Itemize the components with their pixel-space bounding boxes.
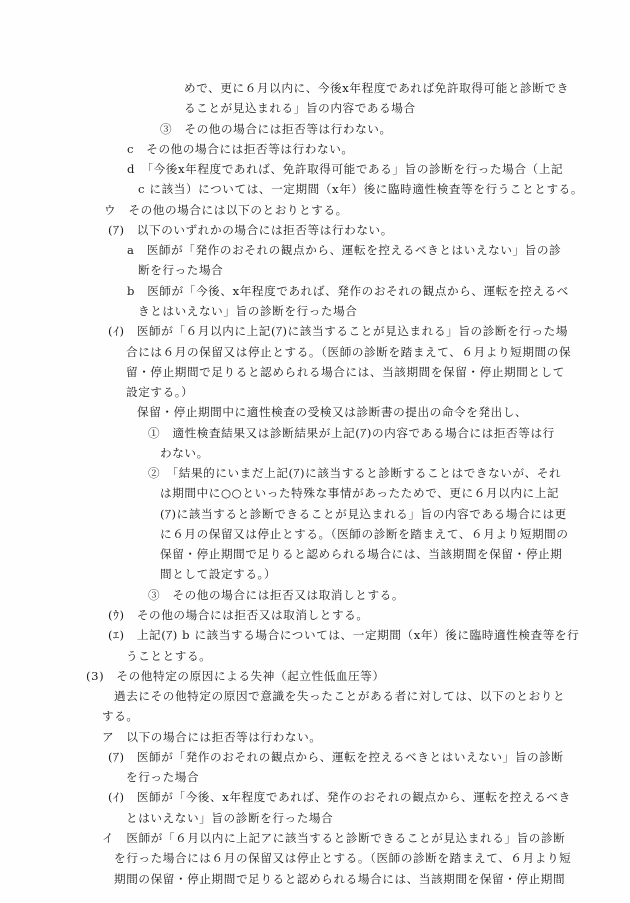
text-line: ることが見込まれる」旨の内容である場合 <box>184 101 416 115</box>
text-line: 過去にその他特定の原因で意識を失ったことがある者に対しては、以下のとおりと <box>114 689 565 703</box>
text-line: (ｱ) 以下のいずれかの場合には拒否等は行わない。 <box>108 223 393 237</box>
text-line: (ｴ) 上記(ｱ) b に該当する場合については、一定期間（x年）後に臨時適性検… <box>108 628 579 642</box>
text-line: (ｱ) 医師が「発作のおそれの観点から、運転を控えるべきとはいえない」旨の診断 <box>108 750 564 764</box>
text-line: 保留・停止期間で足りると認められる場合には、当該期間を保留・停止期 <box>160 547 562 561</box>
text-line: 期間の保留・停止期間で足りると認められる場合には、当該期間を保留・停止期間 <box>114 872 565 886</box>
text-line: (ｳ) その他の場合には拒否又は取消しとする。 <box>108 608 369 622</box>
text-line: 断を行った場合 <box>138 263 223 277</box>
text-line: きとはいえない」旨の診断を行った場合 <box>138 304 358 318</box>
text-line: は期間中に○○といった特殊な事情があったためで、更に６月以内に上記 <box>160 486 559 500</box>
text-line: ① 適性検査結果又は診断結果が上記(ｱ)の内容である場合には拒否等は行 <box>148 426 555 440</box>
text-line: を行った場合 <box>126 770 199 784</box>
text-line: 保留・停止期間中に適性検査の受検又は診断書の提出の命令を発出し、 <box>137 405 527 419</box>
text-line: わない。 <box>160 446 209 460</box>
text-line: とはいえない」旨の診断を行った場合 <box>126 811 333 825</box>
text-line: 設定する。） <box>126 385 193 399</box>
text-line: ア 以下の場合には拒否等は行わない。 <box>102 730 322 744</box>
text-line: a 医師が「発作のおそれの観点から、運転を控えるべきとはいえない」旨の診 <box>127 243 561 257</box>
text-line: d 「今後x年程度であれば、免許取得可能である」旨の診断を行った場合（上記 <box>127 162 563 176</box>
text-line: めで、更に６月以内に、今後x年程度であれば免許取得可能と診断でき <box>184 81 569 95</box>
text-line: (ｲ) 医師が「６月以内に上記(ｱ)に該当することが見込まれる」旨の診断を行った… <box>108 324 568 338</box>
text-line: に６月の保留又は停止とする。（医師の診断を踏まえて、６月より短期間の <box>160 527 569 541</box>
text-line: (3) その他特定の原因による失神（起立性低血圧等） <box>86 669 385 683</box>
document-page: めで、更に６月以内に、今後x年程度であれば免許取得可能と診断できることが見込まれ… <box>0 0 630 903</box>
text-line: (ｲ) 医師が「今後、x年程度であれば、発作のおそれの観点から、運転を控えるべき <box>108 790 571 804</box>
text-line: うこととする。 <box>126 649 211 663</box>
text-line: b 医師が「今後、x年程度であれば、発作のおそれの観点から、運転を控えるべ <box>127 284 569 298</box>
text-line: ③ その他の場合には拒否又は取消しとする。 <box>148 588 404 602</box>
text-line: 合には６月の保留又は停止とする。（医師の診断を踏まえて、６月より短期間の保 <box>126 345 571 359</box>
text-line: ウ その他の場合には以下のとおりとする。 <box>104 203 348 217</box>
text-line: ② 「結果的にいまだ上記(ｱ)に該当すると診断することはできないが、それ <box>148 466 561 480</box>
text-line: する。 <box>102 709 139 723</box>
text-line: 留・停止期間で足りると認められる場合には、当該期間を保留・停止期間として <box>126 365 565 379</box>
text-line: ③ その他の場合には拒否等は行わない。 <box>160 122 392 136</box>
text-line: (ｱ)に該当すると診断できることが見込まれる」旨の内容である場合には更 <box>160 507 567 521</box>
text-line: 間として設定する。） <box>160 567 276 581</box>
text-line: c に該当）については、一定期間（x年）後に臨時適性検査等を行うこととする。 <box>138 182 583 196</box>
text-line: を行った場合には６月の保留又は停止とする。（医師の診断を踏まえて、６月より短 <box>114 851 571 865</box>
text-line: イ 医師が「６月以内に上記アに該当すると診断できることが見込まれる」旨の診断 <box>102 831 565 845</box>
text-line: c その他の場合には拒否等は行わない。 <box>127 142 354 156</box>
